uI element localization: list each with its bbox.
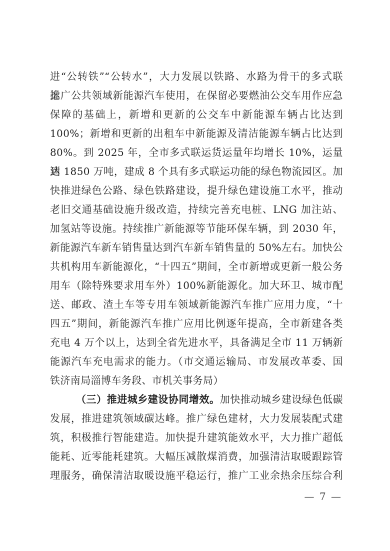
document-line: 共机构用车新能源化，“十四五”期间，全市新增或更新一般公务 [50, 258, 343, 277]
document-line: 100%；新增和更新的出租车中新能源及清洁能源车辆占比达到 [50, 125, 343, 144]
document-line: 加氢站等设施。持续推广新能源等节能环保车辆，到 2030 年， [50, 220, 343, 239]
document-line: 新能源汽车新车销售量达到汽车新车销售量的 50%左右。加快公 [50, 239, 343, 258]
document-line: 老旧交通基础设施升级改造，持续完善充电桩、LNG 加注站、 [50, 201, 343, 220]
document-line: 快推进绿色公路、绿色铁路建设，提升绿色建设施工水平，推动 [50, 182, 343, 201]
document-line: 推广公共领域新能源汽车使用，在保留必要燃油公交车用作应急 [50, 87, 343, 106]
document-line: 保障的基础上，新增和更新的公交车中新能源车辆占比达到 [50, 106, 343, 125]
document-line: 用车（除特殊要求用车外）100%新能源化。加大环卫、城市配 [50, 277, 343, 296]
document-line: 进“公转铁”“公转水”，大力发展以铁路、水路为骨干的多式联运。 [50, 68, 343, 87]
document-line: 充电 4 万个以上，达到全省先进水平，具备满足全市 11 万辆新 [50, 334, 343, 353]
section-heading: （三）推进城乡建设协同增效。 [76, 395, 220, 406]
document-line: 送、邮政、渣土车等专用车领域新能源汽车推广应用力度，“十 [50, 296, 343, 315]
document-body: 进“公转铁”“公转水”，大力发展以铁路、水路为骨干的多式联运。推广公共领域新能源… [50, 68, 343, 486]
document-line: 发展，推进建筑领域碳达峰。推广绿色建材，大力发展装配式建 [50, 410, 343, 429]
document-line: 铁济南局淄博车务段、市机关事务局） [50, 372, 343, 391]
document-line-text: 加快推动城乡建设绿色低碳 [220, 395, 343, 406]
document-line: 四五”期间，新能源汽车推广应用比例逐年提高，全市新建各类 [50, 315, 343, 334]
page-number: — 7 — [304, 492, 342, 504]
document-line: 能耗、近零能耗建筑。大幅压减散煤消费，加强清洁取暖跟踪管 [50, 448, 343, 467]
document-line: （三）推进城乡建设协同增效。加快推动城乡建设绿色低碳 [50, 391, 343, 410]
document-line: 筑，积极推行智能建造。加快提升建筑能效水平，大力推广超低 [50, 429, 343, 448]
document-line: 能源汽车充电需求的能力。（市交通运输局、市发展改革委、国 [50, 353, 343, 372]
document-line: 到 1850 万吨，建成 8 个具有多式联运功能的绿色物流园区。加 [50, 163, 343, 182]
document-line: 理服务，确保清洁取暖设施平稳运行，推广工业余热余压综合利 [50, 467, 343, 486]
document-line: 80%。到 2025 年，全市多式联运货运量年均增长 10%，运量达 [50, 144, 343, 163]
document-page: 进“公转铁”“公转水”，大力发展以铁路、水路为骨干的多式联运。推广公共领域新能源… [0, 0, 390, 551]
